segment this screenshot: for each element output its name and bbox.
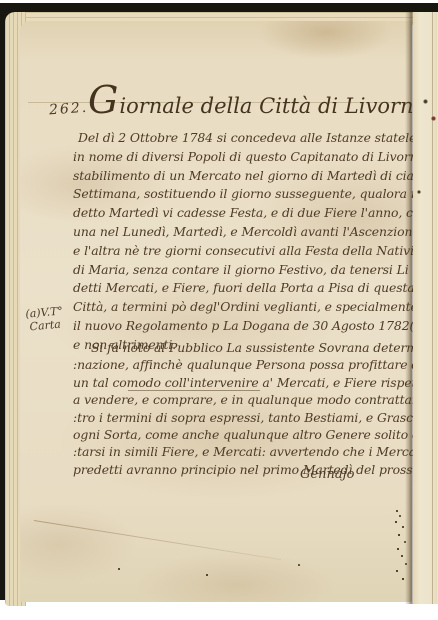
dirt-speckles-bottom (118, 568, 120, 570)
manuscript-line: ogni Sorta, come anche qualunque altro G… (73, 426, 407, 443)
ink-underline (128, 390, 260, 391)
closing-word: Gennajo (300, 467, 354, 482)
manuscript-line: e l'altra nè tre giorni consecutivi alla… (73, 242, 407, 261)
manuscript-line: :nazione, affinchè qualunque Persona pos… (73, 356, 407, 373)
book-photo: 262. Giornale della Città di Livorno Del… (0, 0, 438, 620)
manuscript-line: di Maria, senza contare il giorno Festiv… (73, 261, 407, 280)
manuscript-line: stabilimento di un Mercato nel giorno di… (73, 167, 407, 186)
manuscript-line: detti Mercati, e Fiere, fuori della Port… (73, 279, 407, 298)
manuscript-line: Settimana, sostituendo il giorno sussegu… (73, 185, 407, 204)
manuscript-line: predetti avranno principio nel primo Mar… (73, 461, 407, 478)
manuscript-line: Del dì 2 Ottobre 1784 si concedeva alle … (73, 129, 407, 148)
paragraph-public-notice: Si fa noto al Pubblico La sussistente So… (73, 339, 407, 478)
manuscript-line: :tarsi in simili Fiere, e Mercati: avver… (73, 443, 407, 460)
margin-note: (a)V.T° Carta (25, 304, 65, 333)
page-number: 262. (48, 100, 88, 119)
manuscript-line: Si fa noto al Pubblico La sussistente So… (73, 339, 407, 356)
manuscript-line: a vendere, e comprare, e in qualunque mo… (73, 391, 407, 408)
red-speck (431, 116, 436, 121)
manuscript-line: un tal comodo coll'intervenire a' Mercat… (73, 374, 407, 391)
edge-mark (417, 190, 421, 194)
manuscript-line: in nome di diversi Popoli di questo Capi… (73, 148, 407, 167)
paragraph-decree: Del dì 2 Ottobre 1784 si concedeva alle … (73, 129, 407, 355)
manuscript-line: detto Martedì vi cadesse Festa, e di due… (73, 204, 407, 223)
manuscript-line: Città, a termini pò degl'Ordini vegliant… (73, 298, 407, 317)
edge-mark (423, 99, 428, 104)
dirt-speckles-right (396, 510, 398, 512)
page-title: Giornale della Città di Livorno (88, 80, 406, 126)
next-page-edge-line (432, 12, 433, 604)
manuscript-line: :tro i termini di sopra espressi, tanto … (73, 409, 407, 426)
manuscript-line: una nel Lunedì, Martedì, e Mercoldì avan… (73, 223, 407, 242)
manuscript-line: il nuovo Regolamento p La Dogana de 30 A… (73, 317, 407, 336)
